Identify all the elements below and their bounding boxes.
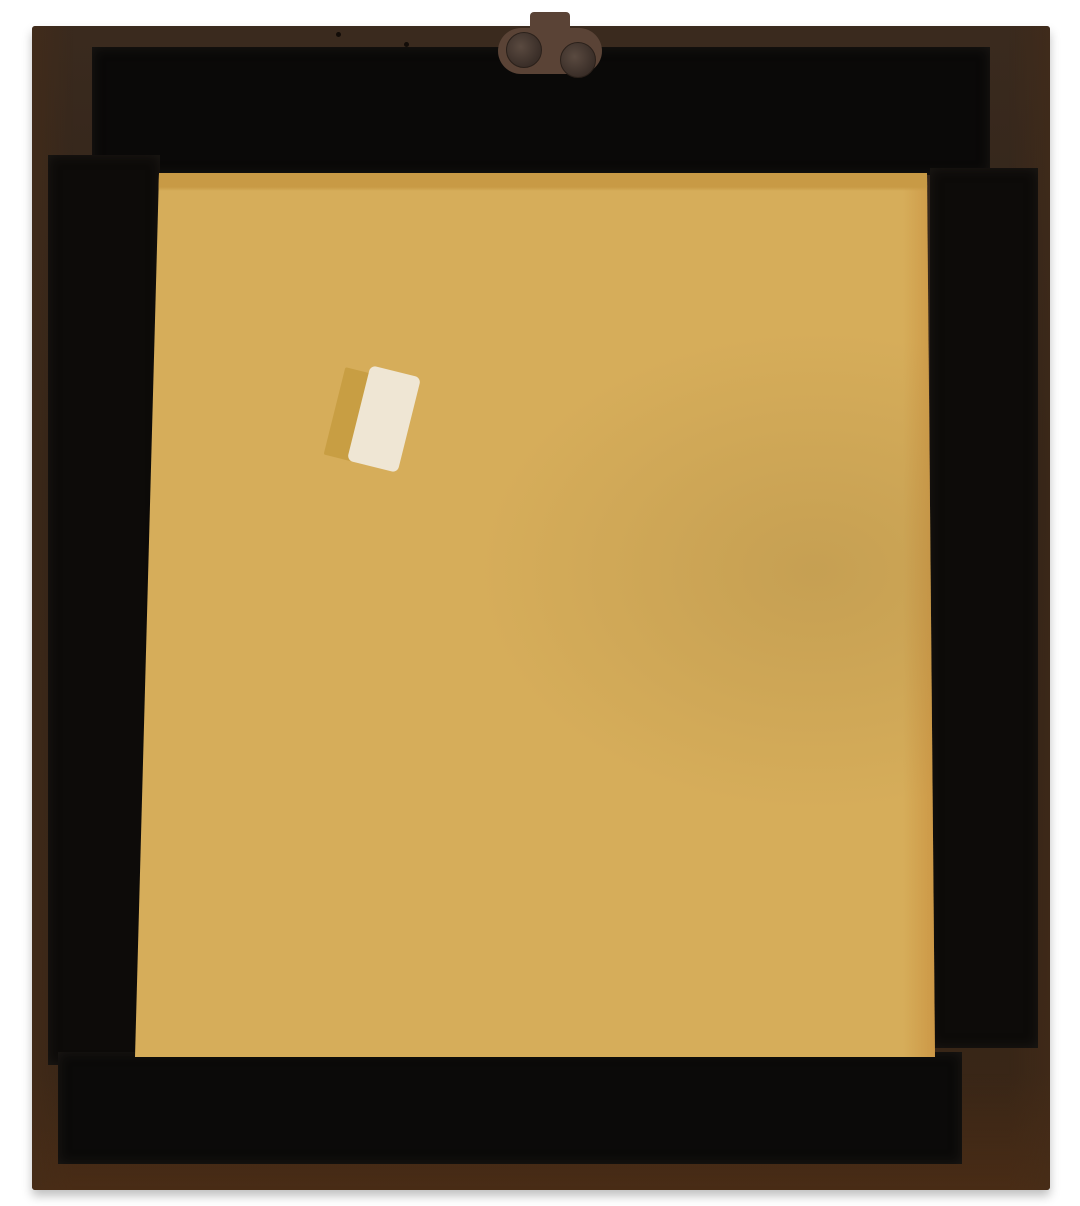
rivet-icon	[560, 42, 596, 78]
black-tape-bottom	[58, 1052, 962, 1164]
nail-hole	[336, 32, 341, 37]
rivet-icon	[506, 32, 542, 68]
black-tape-right	[930, 168, 1038, 1048]
hanging-hook	[498, 12, 610, 80]
paper-backing	[135, 173, 935, 1057]
